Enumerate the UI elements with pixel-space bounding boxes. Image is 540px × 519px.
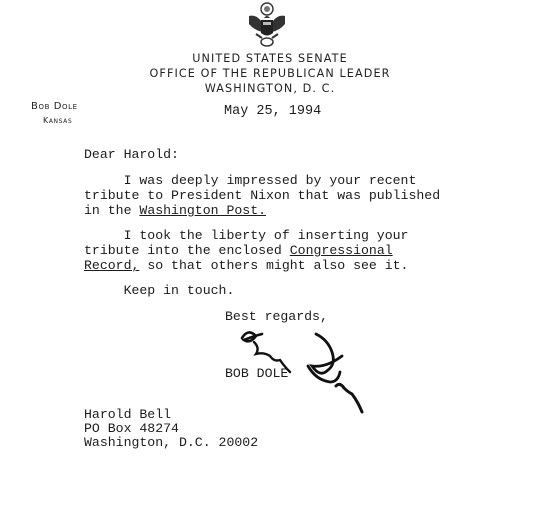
signature-name: BOB DOLE [225,366,288,381]
recipient-box: PO Box 48274 [84,421,179,436]
p2-line1: I took the liberty of inserting your [84,228,408,243]
letterhead-line-city: WASHINGTON, D. C. [0,82,540,95]
sender-state: Kansas [43,116,72,125]
great-seal-eagle-icon [246,2,288,48]
p1-line2: tribute to President Nixon that was publ… [84,188,440,203]
recipient-city: Washington, D.C. 20002 [84,435,258,450]
p2-line3-suffix: so that others might also see it. [139,258,408,273]
closing: Best regards, [225,309,328,324]
letterhead-line-office: OFFICE OF THE REPUBLICAN LEADER [0,67,540,80]
paragraph-3: Keep in touch. [84,283,234,298]
paragraph-2: I took the liberty of inserting your tri… [84,228,408,273]
paragraph-1: I was deeply impressed by your recent tr… [84,173,440,218]
letterhead-line-senate: UNITED STATES SENATE [0,52,540,65]
record-title: Record, [84,258,139,273]
recipient-name: Harold Bell [84,407,171,422]
sender-name: Bob Dole [31,101,78,112]
salutation: Dear Harold: [84,147,179,162]
p1-line1: I was deeply impressed by your recent [84,173,416,188]
letter-date: May 25, 1994 [224,104,321,119]
washington-post-title: Washington Post. [139,203,266,218]
p1-line3-prefix: in the [84,203,139,218]
p2-line2-prefix: tribute into the enclosed [84,243,290,258]
congressional-title: Congressional [290,243,393,258]
